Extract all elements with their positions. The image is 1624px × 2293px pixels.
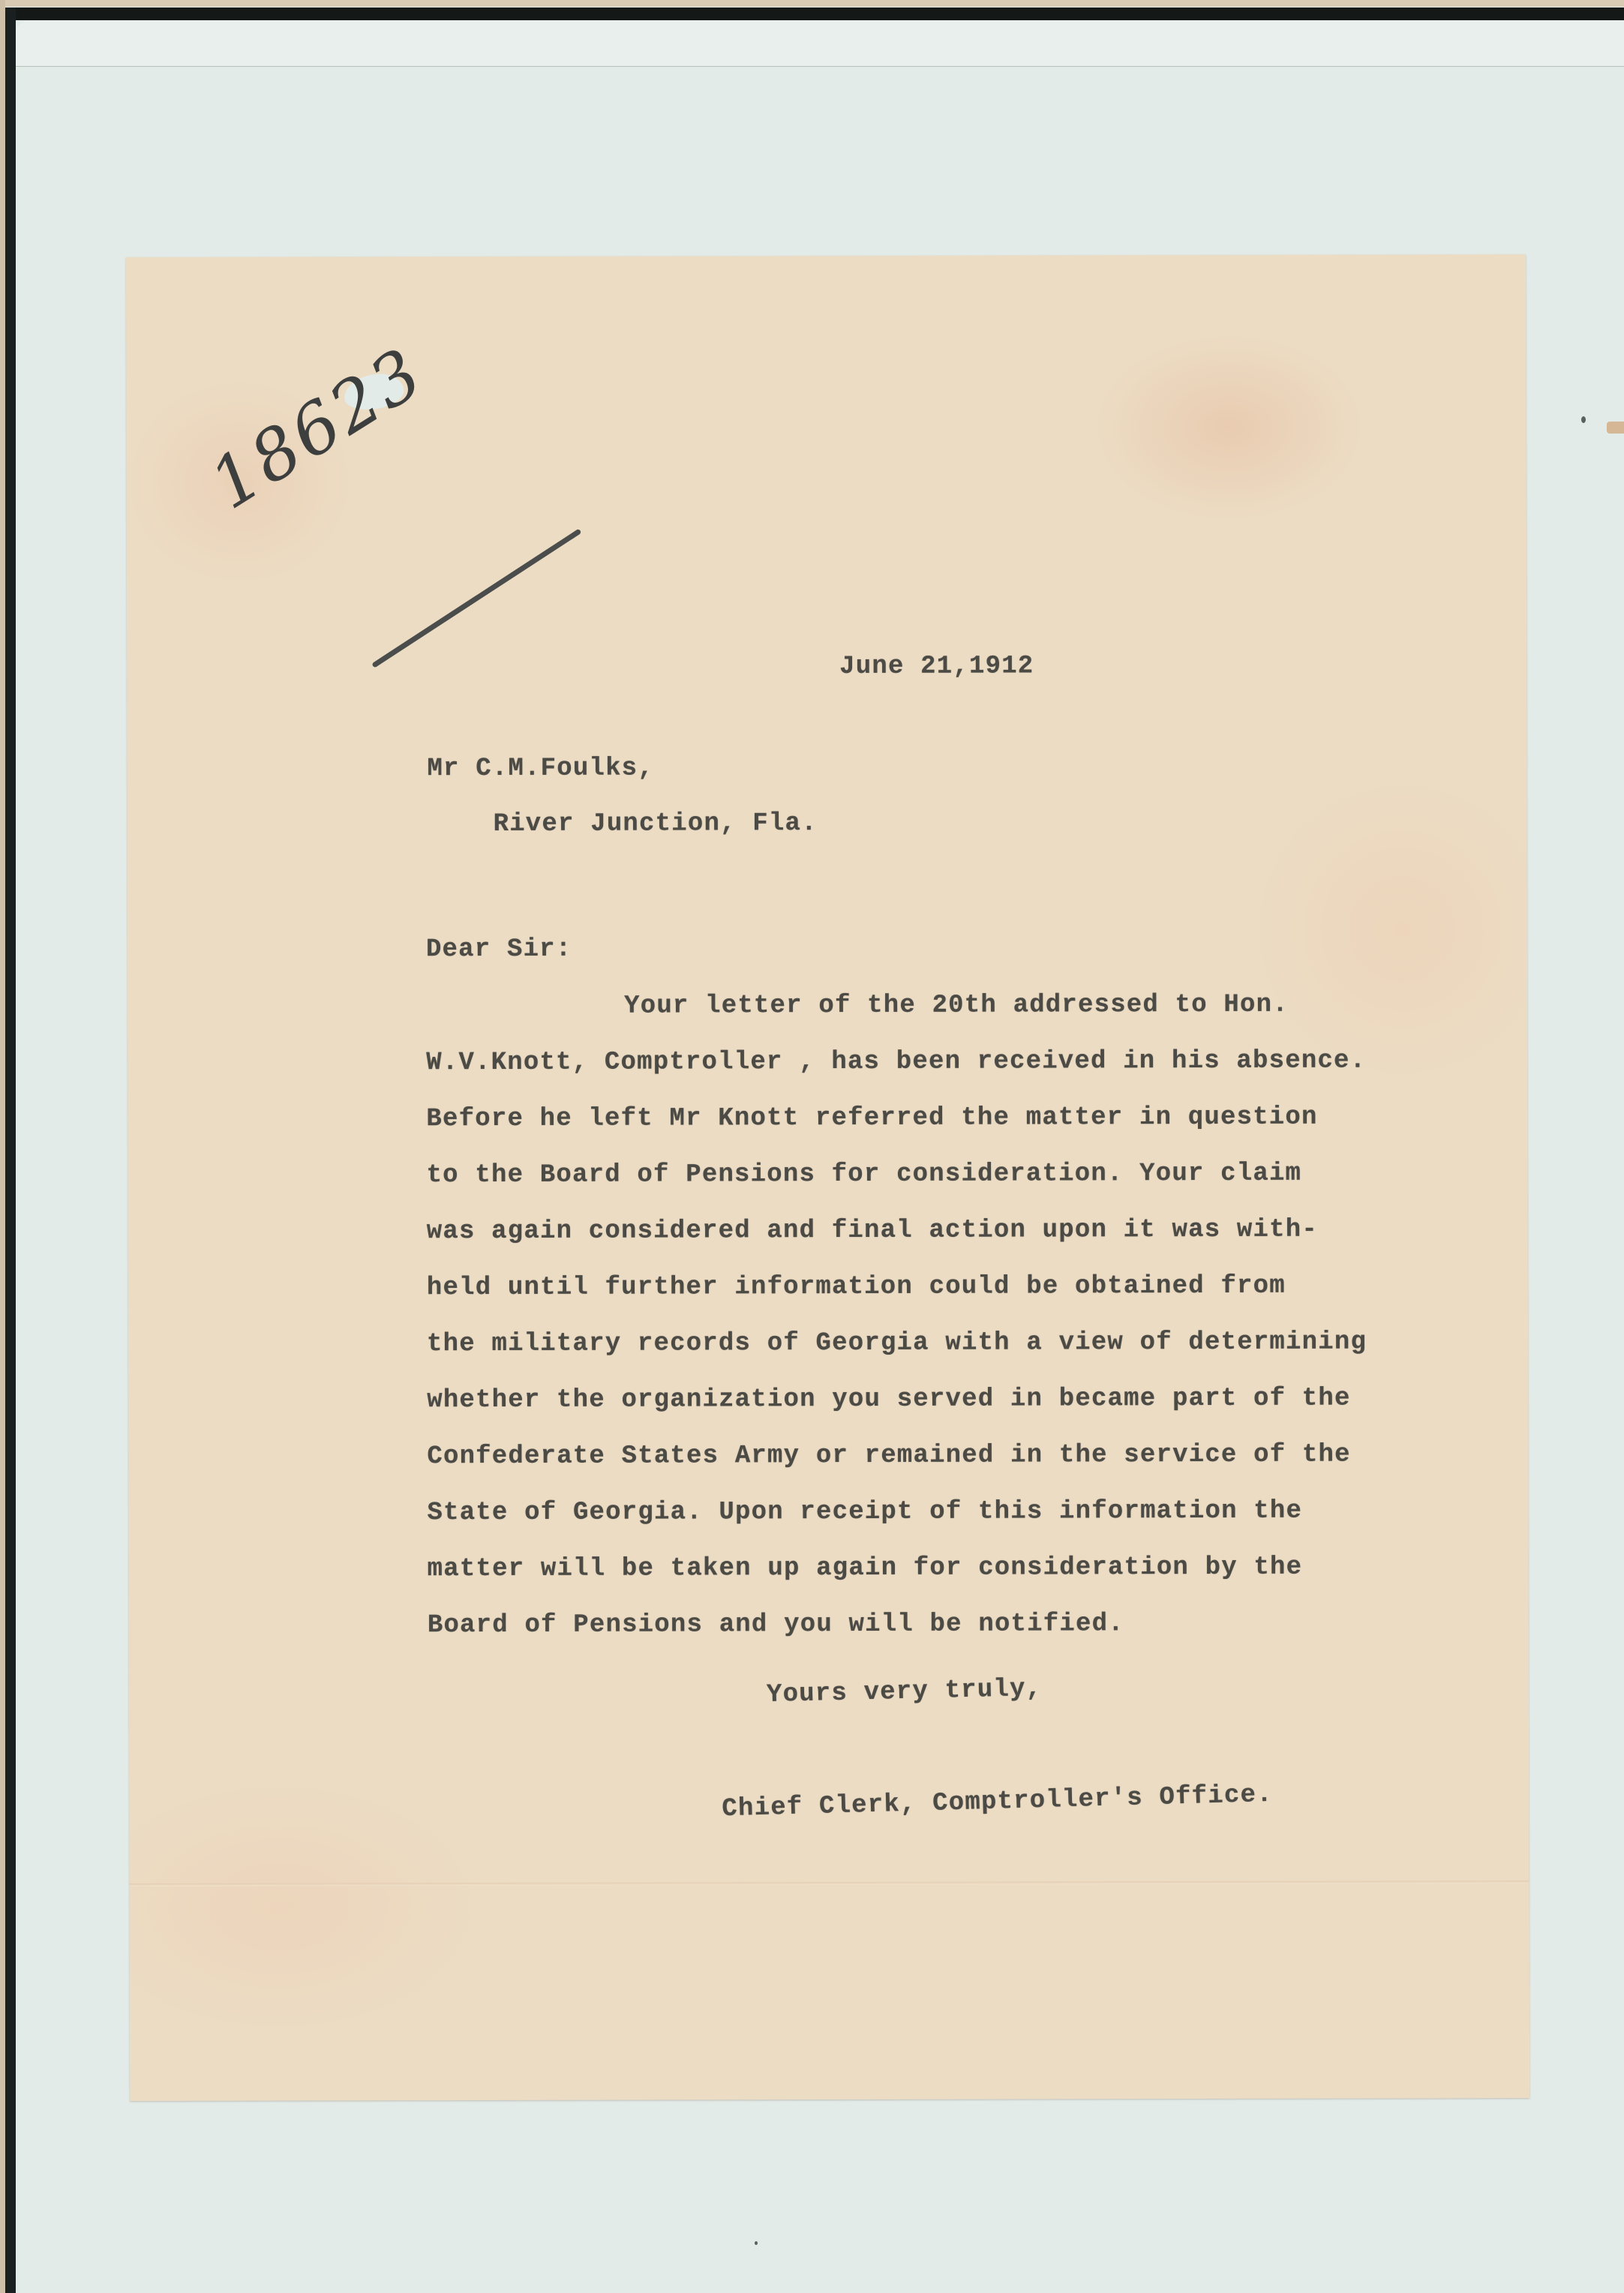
closing: Yours very truly, xyxy=(767,1674,1043,1710)
recipient-address: River Junction, Fla. xyxy=(494,809,818,839)
frame-top-border xyxy=(5,8,1624,20)
frame-left-border xyxy=(5,8,16,2293)
tape-fragment xyxy=(1607,422,1624,434)
body-line: State of Georgia. Upon receipt of this i… xyxy=(427,1496,1302,1528)
body-line: Confederate States Army or remained in t… xyxy=(427,1440,1350,1472)
salutation: Dear Sir: xyxy=(426,935,572,965)
dust-speck xyxy=(755,2241,758,2245)
body-line: was again considered and final action up… xyxy=(427,1215,1318,1247)
letter-paper: 18623 June 21,1912 Mr C.M.Foulks, River … xyxy=(126,254,1529,2101)
mount-top-band xyxy=(16,20,1624,67)
body-line: to the Board of Pensions for considerati… xyxy=(427,1159,1302,1190)
signature-title: Chief Clerk, Comptroller's Office. xyxy=(722,1780,1273,1824)
body-line: W.V.Knott, Comptroller , has been receiv… xyxy=(426,1046,1366,1079)
recipient-name: Mr C.M.Foulks, xyxy=(427,754,654,785)
scan-edge-top xyxy=(0,0,1624,7)
letter-date: June 21,1912 xyxy=(839,651,1034,682)
body-line: held until further information could be … xyxy=(427,1271,1286,1303)
file-number-underline xyxy=(371,529,581,668)
body-line: Before he left Mr Knott referred the mat… xyxy=(426,1103,1317,1134)
body-line: Your letter of the 20th addressed to Hon… xyxy=(624,990,1289,1022)
paper-fold-line xyxy=(130,1880,1529,1886)
body-line: whether the organization you served in b… xyxy=(427,1384,1350,1416)
body-line: matter will be taken up again for consid… xyxy=(428,1553,1303,1584)
scan-edge-left xyxy=(0,0,5,2293)
body-line: the military records of Georgia with a v… xyxy=(427,1328,1367,1360)
body-line: Board of Pensions and you will be notifi… xyxy=(428,1609,1124,1640)
dust-speck xyxy=(1581,416,1586,423)
file-number-handwritten: 18623 xyxy=(197,332,438,525)
